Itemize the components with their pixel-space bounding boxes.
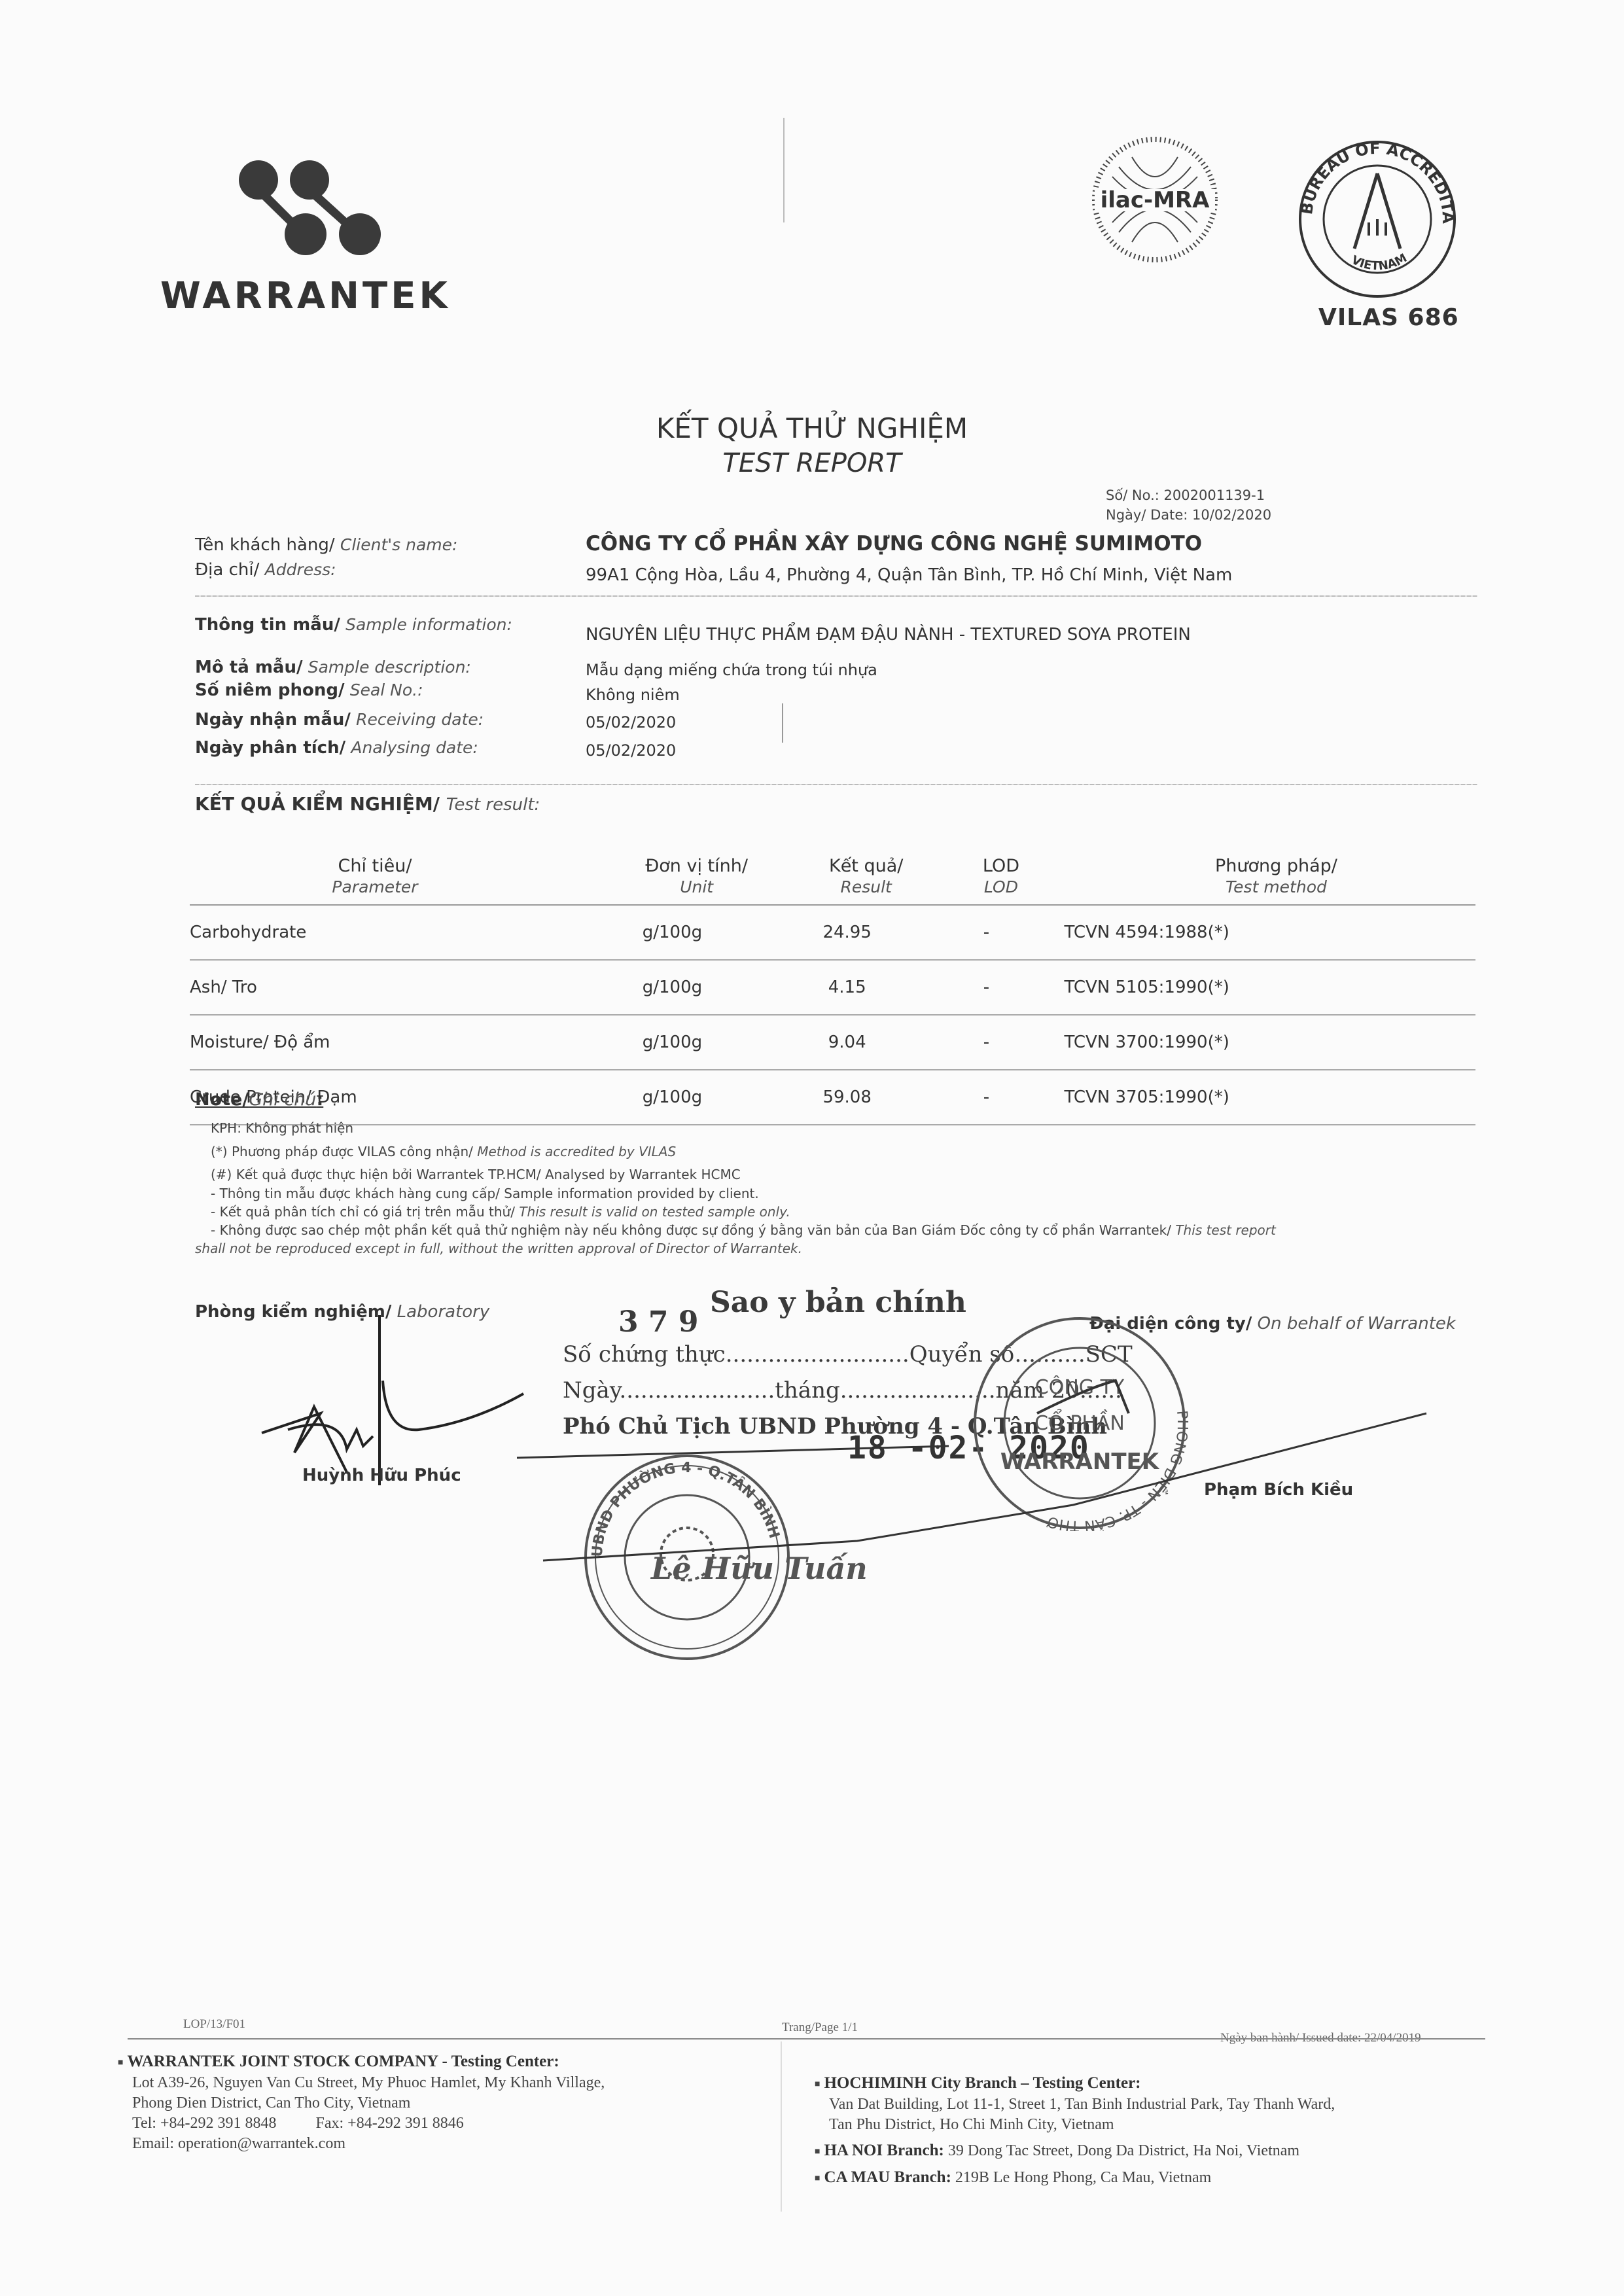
cell-parameter: Moisture/ Độ ẩm <box>190 1016 572 1069</box>
header-unit: Đơn vị tính/Unit <box>599 844 794 904</box>
cell-result: 9.04 <box>773 1016 922 1069</box>
svg-text:ilac-MRA: ilac-MRA <box>1101 187 1210 213</box>
company-logo-text: WARRANTEK <box>160 275 451 317</box>
report-title-en: TEST REPORT <box>0 448 1624 478</box>
hq-address-line: Phong Dien District, Can Tho City, Vietn… <box>118 2093 605 2113</box>
cell-lod: - <box>922 1070 1051 1124</box>
cell-parameter: Ash/ Tro <box>190 961 572 1014</box>
cell-unit: g/100g <box>572 906 773 959</box>
cell-method: TCVN 3700:1990(*) <box>1051 1016 1475 1069</box>
test-result-heading: KẾT QUẢ KIỂM NGHIỆM/ Test result: <box>195 793 540 815</box>
sample-desc-label: Mô tả mẫu/ Sample description: <box>195 658 471 677</box>
seal-label: Số niêm phong/ Seal No.: <box>195 680 423 700</box>
form-code: LOP/13/F01 <box>183 2017 245 2032</box>
bullet-icon: ■ <box>815 2174 820 2183</box>
report-title-vn: KẾT QUẢ THỬ NGHIỆM <box>0 412 1624 444</box>
note-item: (*) Phương pháp được VILAS công nhận/ Me… <box>211 1144 676 1159</box>
header-parameter: Chỉ tiêu/Parameter <box>190 844 599 904</box>
client-name-label: Tên khách hàng/ Client's name: <box>195 535 457 555</box>
notes-heading: Note/Ghi chú: <box>195 1089 323 1110</box>
warrantek-logo-icon <box>232 150 396 262</box>
lab-signer-name: Huỳnh Hữu Phúc <box>302 1466 461 1485</box>
hcm-address-line: Van Dat Building, Lot 11-1, Street 1, Ta… <box>815 2094 1335 2115</box>
cell-unit: g/100g <box>572 961 773 1014</box>
bureau-accreditation-badge-icon: BUREAU OF ACCREDITATION VIETNAM <box>1296 137 1459 301</box>
note-item: shall not be reproduced except in full, … <box>195 1241 802 1256</box>
report-number: Số/ No.: 2002001139-1 <box>1106 487 1265 503</box>
table-row: Moisture/ Độ ẩm g/100g 9.04 - TCVN 3700:… <box>190 1016 1475 1070</box>
seal-value: Không niêm <box>586 686 680 704</box>
cell-lod: - <box>922 906 1051 959</box>
page-number: Trang/Page 1/1 <box>782 2021 858 2035</box>
certification-serial: 3 7 9 <box>618 1305 698 1339</box>
cell-lod: - <box>922 1016 1051 1069</box>
cell-result: 24.95 <box>773 906 922 959</box>
hq-phone-line: Tel: +84-292 391 8848Fax: +84-292 391 88… <box>118 2113 605 2134</box>
header-method: Phương pháp/Test method <box>1064 844 1475 904</box>
copy-certification-text: Sao y bản chính <box>710 1286 966 1319</box>
hq-contact-block: ■WARRANTEK JOINT STOCK COMPANY - Testing… <box>118 2051 605 2154</box>
signature-strokes-icon <box>517 1400 1446 1577</box>
sample-info-value: NGUYÊN LIỆU THỰC PHẨM ĐẠM ĐẬU NÀNH - TEX… <box>586 625 1191 645</box>
divider <box>195 595 1477 597</box>
analysing-date-value: 05/02/2020 <box>586 741 676 760</box>
scan-artifact-line <box>782 703 783 743</box>
header-result: Kết quả/Result <box>794 844 938 904</box>
header-lod: LODLOD <box>938 844 1064 904</box>
vilas-number: VILAS 686 <box>1318 304 1459 331</box>
cell-unit: g/100g <box>572 1070 773 1124</box>
bullet-icon: ■ <box>118 2058 123 2068</box>
bullet-icon: ■ <box>815 2147 820 2157</box>
receiving-date-value: 05/02/2020 <box>586 713 676 732</box>
hq-email: Email: operation@warrantek.com <box>118 2134 605 2154</box>
footer-divider <box>128 2038 1485 2040</box>
note-item: - Không được sao chép một phần kết quả t… <box>211 1222 1276 1238</box>
cell-lod: - <box>922 961 1051 1014</box>
table-header: Chỉ tiêu/Parameter Đơn vị tính/Unit Kết … <box>190 844 1475 906</box>
table-row: Carbohydrate g/100g 24.95 - TCVN 4594:19… <box>190 906 1475 961</box>
cell-method: TCVN 3705:1990(*) <box>1051 1070 1475 1124</box>
note-item: - Kết quả phân tích chỉ có giá trị trên … <box>211 1204 790 1220</box>
cell-method: TCVN 4594:1988(*) <box>1051 906 1475 959</box>
results-table: Chỉ tiêu/Parameter Đơn vị tính/Unit Kết … <box>190 844 1475 1125</box>
divider <box>195 784 1477 785</box>
bullet-icon: ■ <box>815 2079 820 2089</box>
note-item: - Thông tin mẫu được khách hàng cung cấp… <box>211 1186 759 1201</box>
branch-contact-block: ■HOCHIMINH City Branch – Testing Center:… <box>815 2073 1335 2189</box>
analysing-date-label: Ngày phân tích/ Analysing date: <box>195 738 478 758</box>
note-item: KPH: Không phát hiện <box>211 1120 353 1136</box>
table-row: Crude Protein/ Đạm g/100g 59.08 - TCVN 3… <box>190 1070 1475 1125</box>
receiving-date-label: Ngày nhận mẫu/ Receiving date: <box>195 710 484 730</box>
address-value: 99A1 Cộng Hòa, Lầu 4, Phường 4, Quận Tân… <box>586 565 1232 585</box>
table-row: Ash/ Tro g/100g 4.15 - TCVN 5105:1990(*) <box>190 961 1475 1016</box>
client-name-value: CÔNG TY CỔ PHẦN XÂY DỰNG CÔNG NGHỆ SUMIM… <box>586 532 1202 556</box>
svg-text:CÔNG TY: CÔNG TY <box>1035 1375 1125 1399</box>
scan-artifact-line <box>781 2041 782 2212</box>
cell-result: 59.08 <box>773 1070 922 1124</box>
hcm-address-line: Tan Phu District, Ho Chi Minh City, Viet… <box>815 2115 1335 2135</box>
scan-artifact-line <box>783 118 785 222</box>
note-item: (#) Kết quả được thực hiện bởi Warrantek… <box>211 1167 741 1182</box>
hq-address-line: Lot A39-26, Nguyen Van Cu Street, My Phu… <box>118 2073 605 2093</box>
sample-desc-value: Mẫu dạng miếng chứa trong túi nhựa <box>586 661 877 679</box>
cell-parameter: Carbohydrate <box>190 906 572 959</box>
sample-info-label: Thông tin mẫu/ Sample information: <box>195 615 512 635</box>
cell-unit: g/100g <box>572 1016 773 1069</box>
address-label: Địa chỉ/ Address: <box>195 560 336 580</box>
cell-result: 4.15 <box>773 961 922 1014</box>
ilac-mra-badge-icon: ilac-MRA <box>1089 134 1220 265</box>
cell-method: TCVN 5105:1990(*) <box>1051 961 1475 1014</box>
report-date: Ngày/ Date: 10/02/2020 <box>1106 507 1271 523</box>
